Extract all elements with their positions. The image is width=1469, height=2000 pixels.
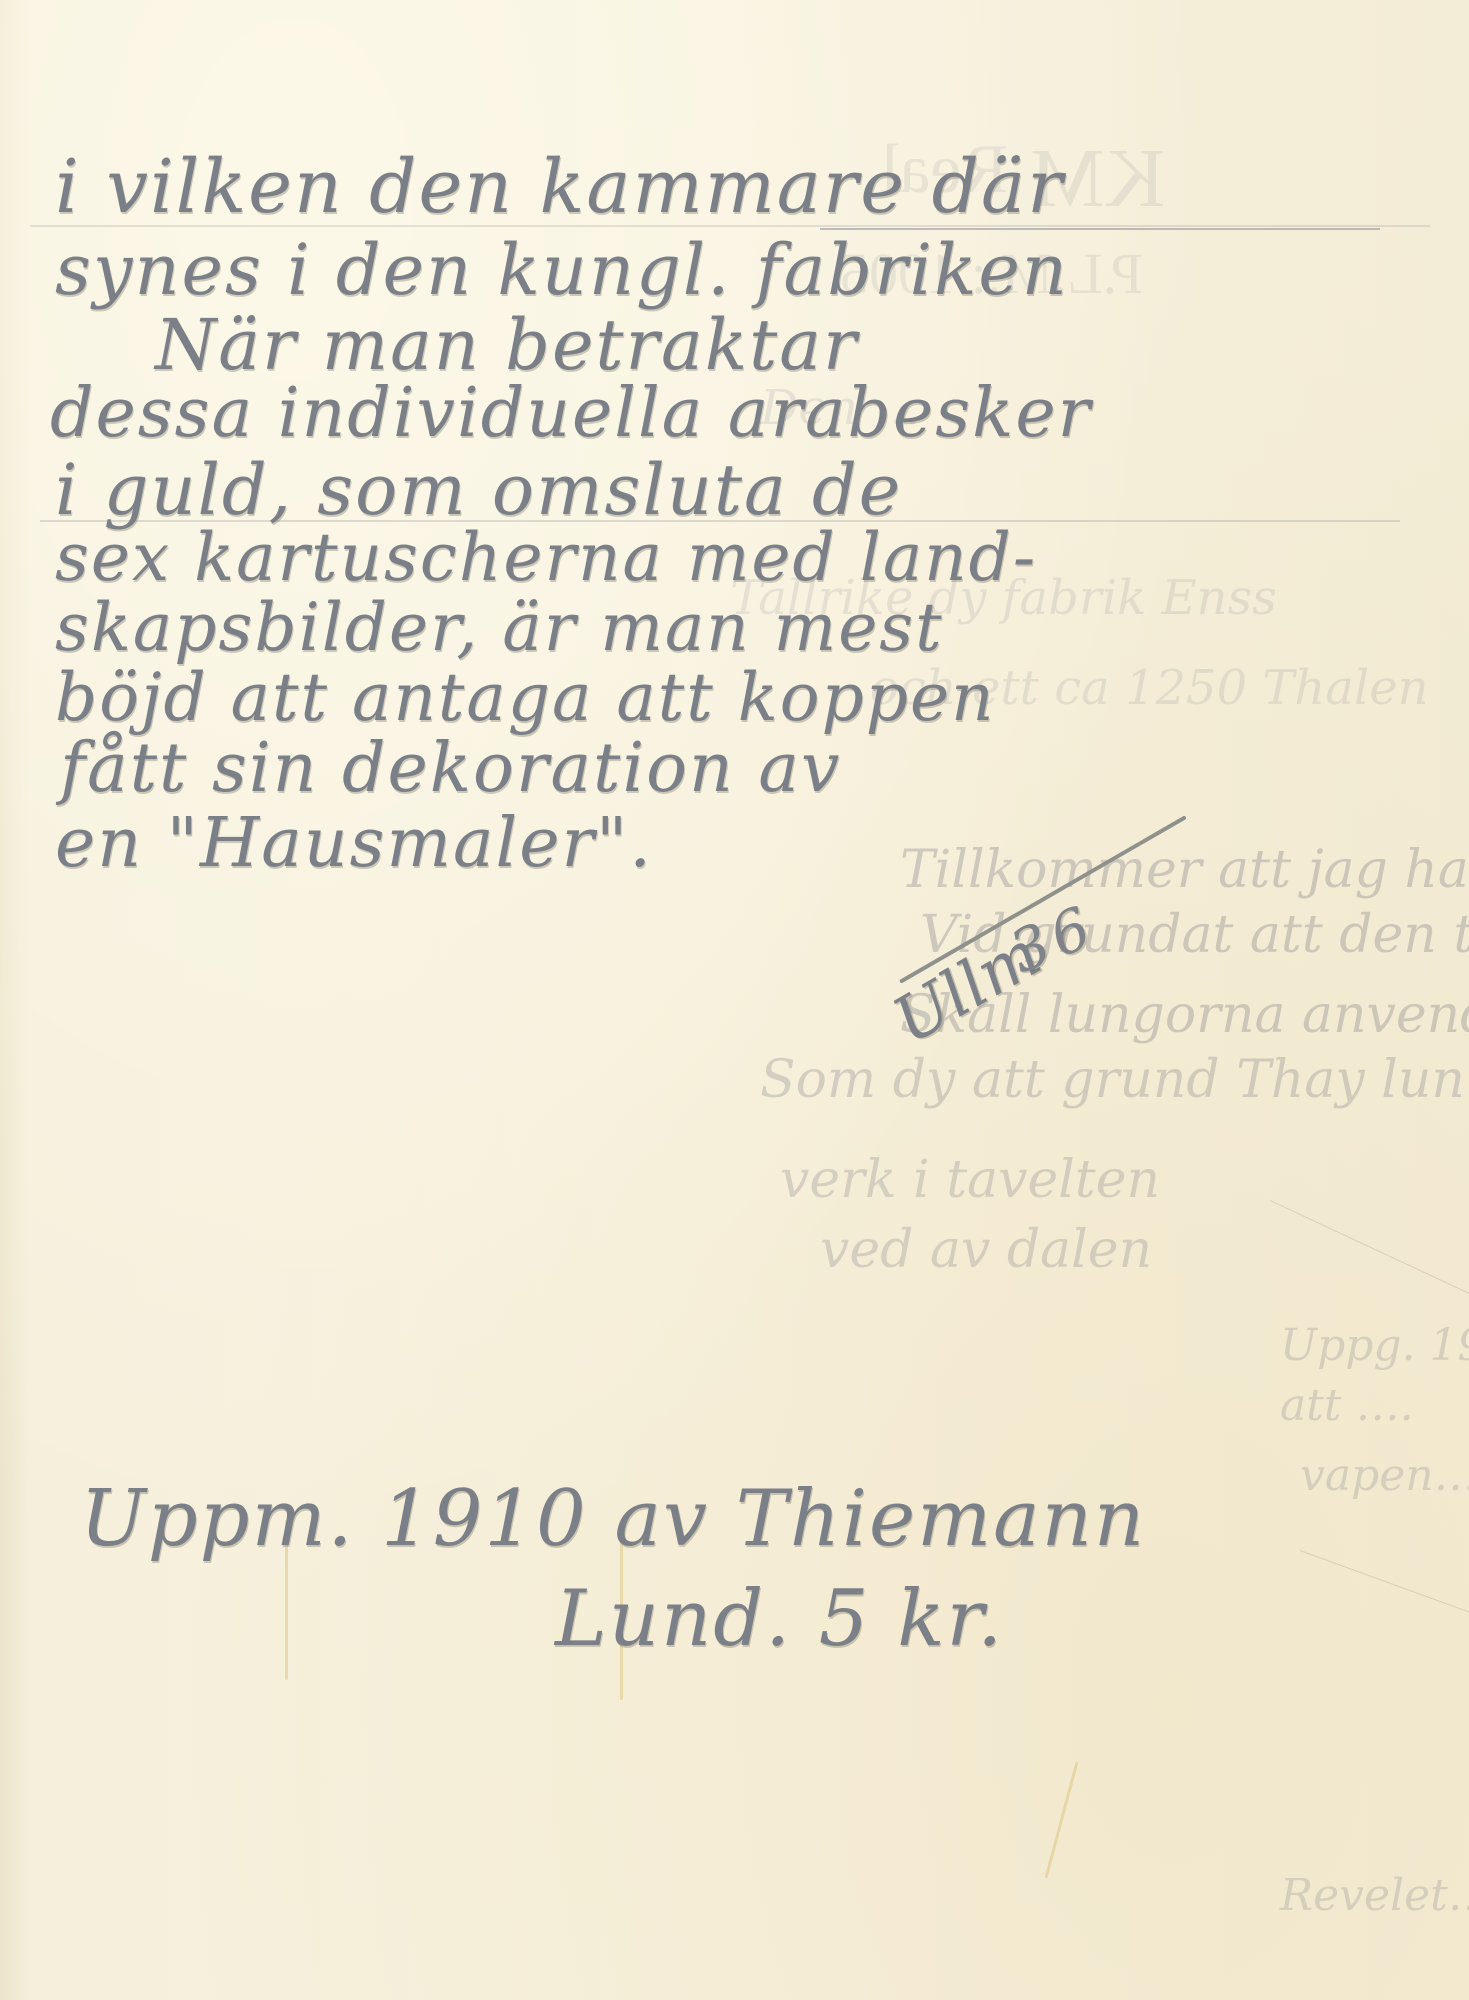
body-line-7: skapsbilder, är man mest xyxy=(55,595,944,661)
body-line-10: en "Hausmaler". xyxy=(55,810,653,878)
acquisition-note-line-2: Lund. 5 kr. xyxy=(555,1580,1004,1658)
foxing-stain xyxy=(1045,1762,1079,1879)
bleed-line: verk i tavelten xyxy=(780,1150,1160,1210)
body-line-9: fått sin dekoration av xyxy=(60,735,841,803)
body-line-3: När man betraktar xyxy=(155,310,858,380)
paper-crease xyxy=(1270,1200,1469,1294)
body-line-8: böjd att antaga att koppen xyxy=(55,665,996,731)
paper-crease xyxy=(1300,1550,1469,1613)
manuscript-page: KM Real P.L.M.: 1005 Den … Tallrike dy f… xyxy=(0,0,1469,2000)
bleed-line: att …. xyxy=(1280,1380,1414,1431)
body-line-6: sex kartuscherna med land- xyxy=(55,525,1037,591)
body-line-4: dessa individuella arabesker xyxy=(50,380,1092,448)
bleed-line: vapen… xyxy=(1300,1450,1469,1501)
body-line-5: i guld, som omsluta de xyxy=(55,455,902,525)
body-line-2: synes i den kungl. fabriken xyxy=(55,235,1069,305)
bleed-line: ved av dalen xyxy=(820,1220,1152,1280)
acquisition-note-line-1: Uppm. 1910 av Thiemann xyxy=(80,1480,1146,1558)
bleed-line: Uppg. 1910 av… xyxy=(1280,1320,1469,1371)
bleed-line: Revelet… xyxy=(1280,1870,1469,1921)
body-line-1: i vilken den kammare där xyxy=(55,150,1064,224)
